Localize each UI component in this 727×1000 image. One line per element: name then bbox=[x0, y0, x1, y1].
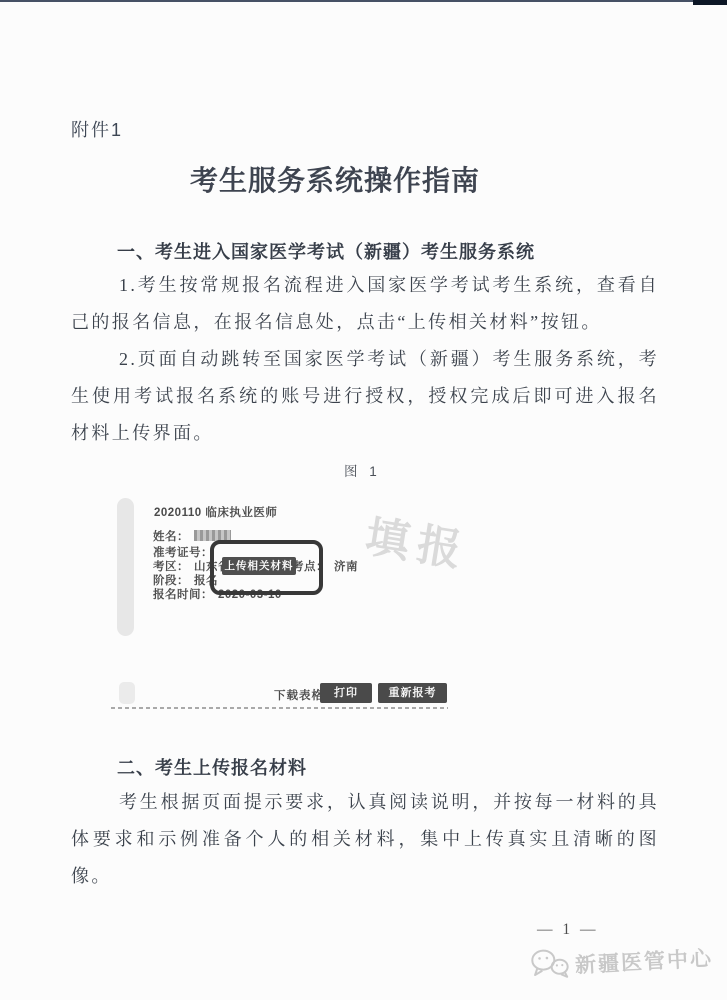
footer-brand-watermark: 新疆医管中心 bbox=[529, 939, 714, 985]
section-1-heading: 一、考生进入国家医学考试（新疆）考生服务系统 bbox=[117, 238, 535, 264]
reapply-button[interactable]: 重新报考 bbox=[378, 683, 447, 703]
print-button[interactable]: 打印 bbox=[320, 683, 372, 703]
paragraph-3: 考生根据页面提示要求，认真阅读说明，并按每一材料的具体要求和示例准备个人的相关材… bbox=[71, 784, 659, 895]
field-name-label: 姓名： bbox=[153, 531, 189, 543]
scan-corner-artifact bbox=[693, 0, 727, 5]
figure-1-screenshot: 填报 2020110 临床执业医师 姓名： 准考证号： 考区：山东省 阶段：报名… bbox=[0, 490, 727, 720]
document-title: 考生服务系统操作指南 bbox=[190, 159, 480, 199]
field-registration-date-label: 报名时间： bbox=[153, 589, 213, 601]
dashed-divider bbox=[111, 707, 448, 709]
highlight-annotation-box bbox=[210, 540, 323, 595]
section-2-heading: 二、考生上传报名材料 bbox=[117, 754, 307, 780]
scanned-document-page: 附件1 考生服务系统操作指南 一、考生进入国家医学考试（新疆）考生服务系统 1.… bbox=[0, 0, 727, 1000]
field-exam-site-value: 济南 bbox=[334, 561, 358, 573]
attachment-label: 附件1 bbox=[71, 116, 123, 142]
footer-brand-text: 新疆医管中心 bbox=[574, 942, 713, 979]
section-2-body: 考生根据页面提示要求，认真阅读说明，并按每一材料的具体要求和示例准备个人的相关材… bbox=[71, 784, 659, 895]
screenshot-scrollbar-blob bbox=[119, 682, 135, 704]
download-form-link[interactable]: 下载表格 bbox=[274, 687, 324, 703]
screenshot-scrollbar-strip bbox=[117, 498, 134, 636]
figure-1-caption: 图 1 bbox=[344, 460, 381, 480]
fill-in-watermark: 填报 bbox=[362, 500, 475, 579]
section-1-body: 1.考生按常规报名流程进入国家医学考试考生系统，查看自己的报名信息，在报名信息处… bbox=[71, 267, 659, 452]
scan-edge-artifact bbox=[0, 0, 727, 2]
paragraph-2: 2.页面自动跳转至国家医学考试（新疆）考生服务系统，考生使用考试报名系统的账号进… bbox=[71, 341, 659, 452]
exam-title: 2020110 临床执业医师 bbox=[154, 504, 277, 520]
wechat-icon bbox=[529, 947, 571, 985]
paragraph-1: 1.考生按常规报名流程进入国家医学考试考生系统，查看自己的报名信息，在报名信息处… bbox=[71, 267, 659, 341]
page-number: — 1 — bbox=[537, 921, 599, 939]
